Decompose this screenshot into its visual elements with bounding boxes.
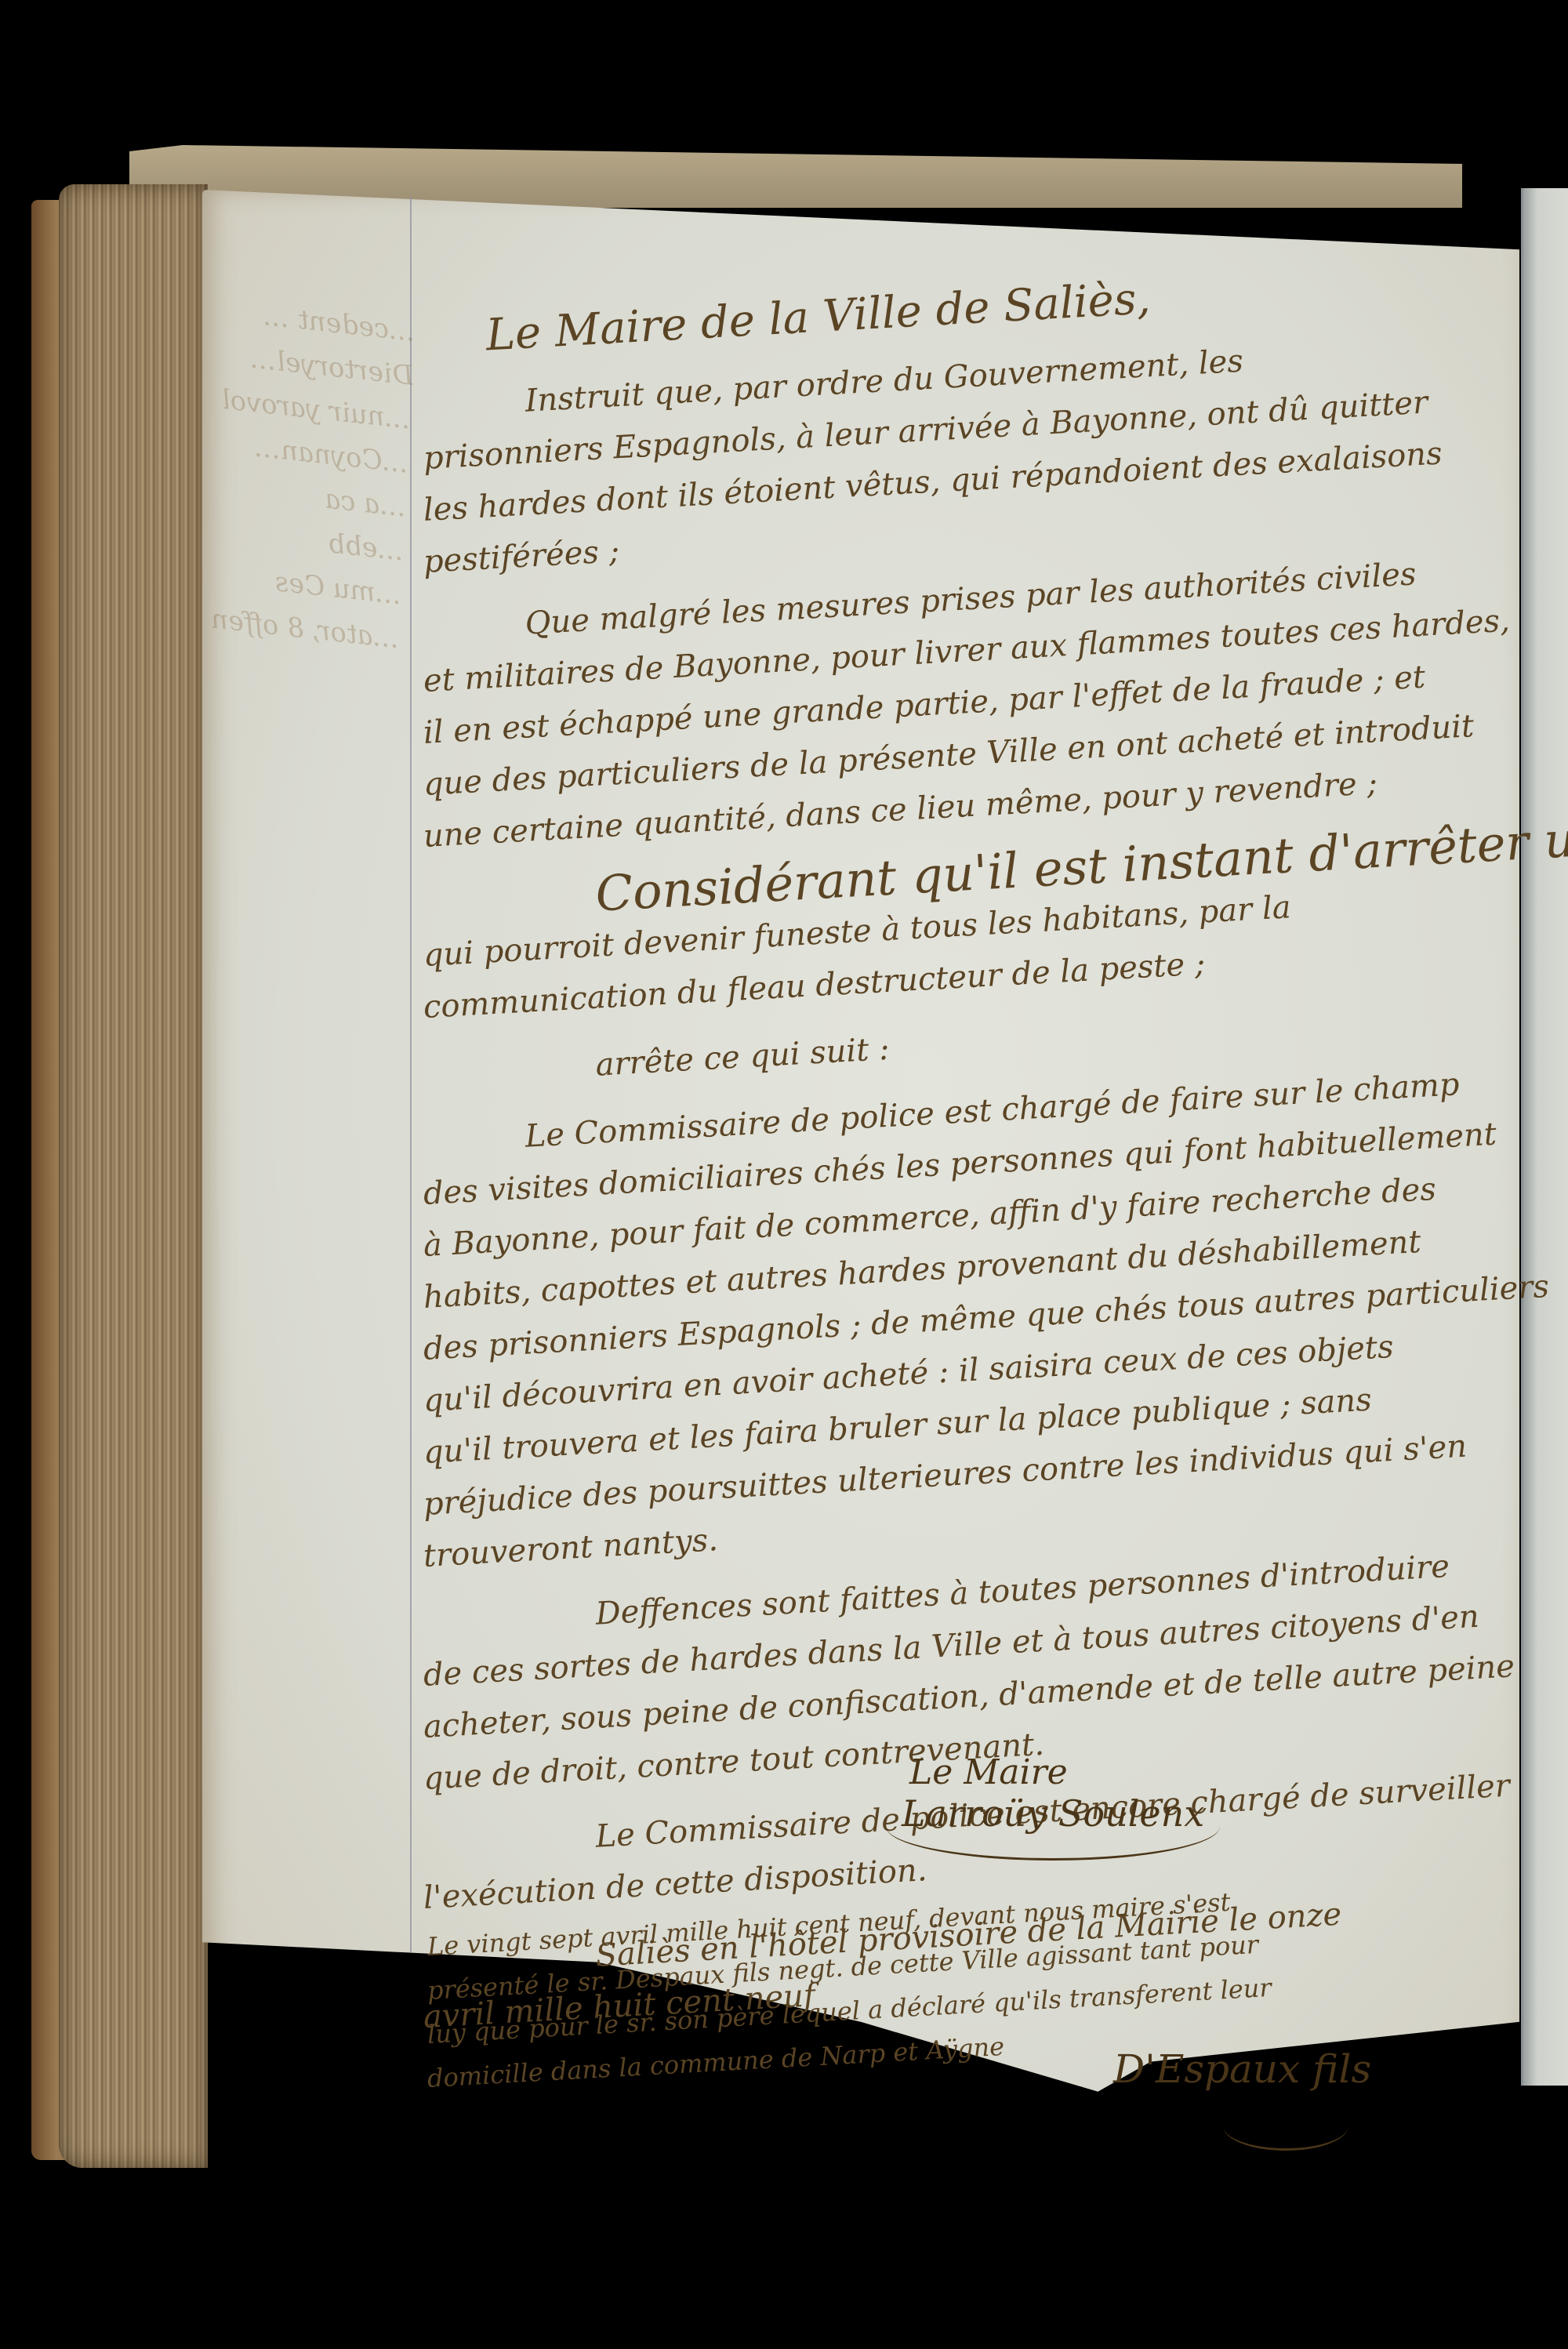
book-photo: …cedent … Diertoryel… …nuir yarovol …Coy…: [0, 0, 1568, 2349]
despaux-signature: D'Espaux fils: [1113, 2046, 1371, 2092]
signature-title: Le Maire: [886, 1752, 1220, 1792]
paragraph-commissaire: Le Commissaire de police est chargé de f…: [423, 1116, 1474, 1582]
facing-page: [1521, 188, 1568, 2086]
signature-flourish: [1223, 2101, 1348, 2151]
margin-rule-line: [410, 196, 412, 1952]
paragraph-que-malgre: Que malgré les mesures prises par les au…: [423, 604, 1474, 862]
page-block-edges: [59, 184, 208, 2168]
bleed-through-text: …cedent … Diertoryel… …nuir yarovol …Coy…: [226, 302, 416, 662]
mayor-signature-block: Le Maire Larroüy Soulenx: [886, 1752, 1220, 1861]
mayor-signature: Larroüy Soulenx: [886, 1792, 1220, 1861]
